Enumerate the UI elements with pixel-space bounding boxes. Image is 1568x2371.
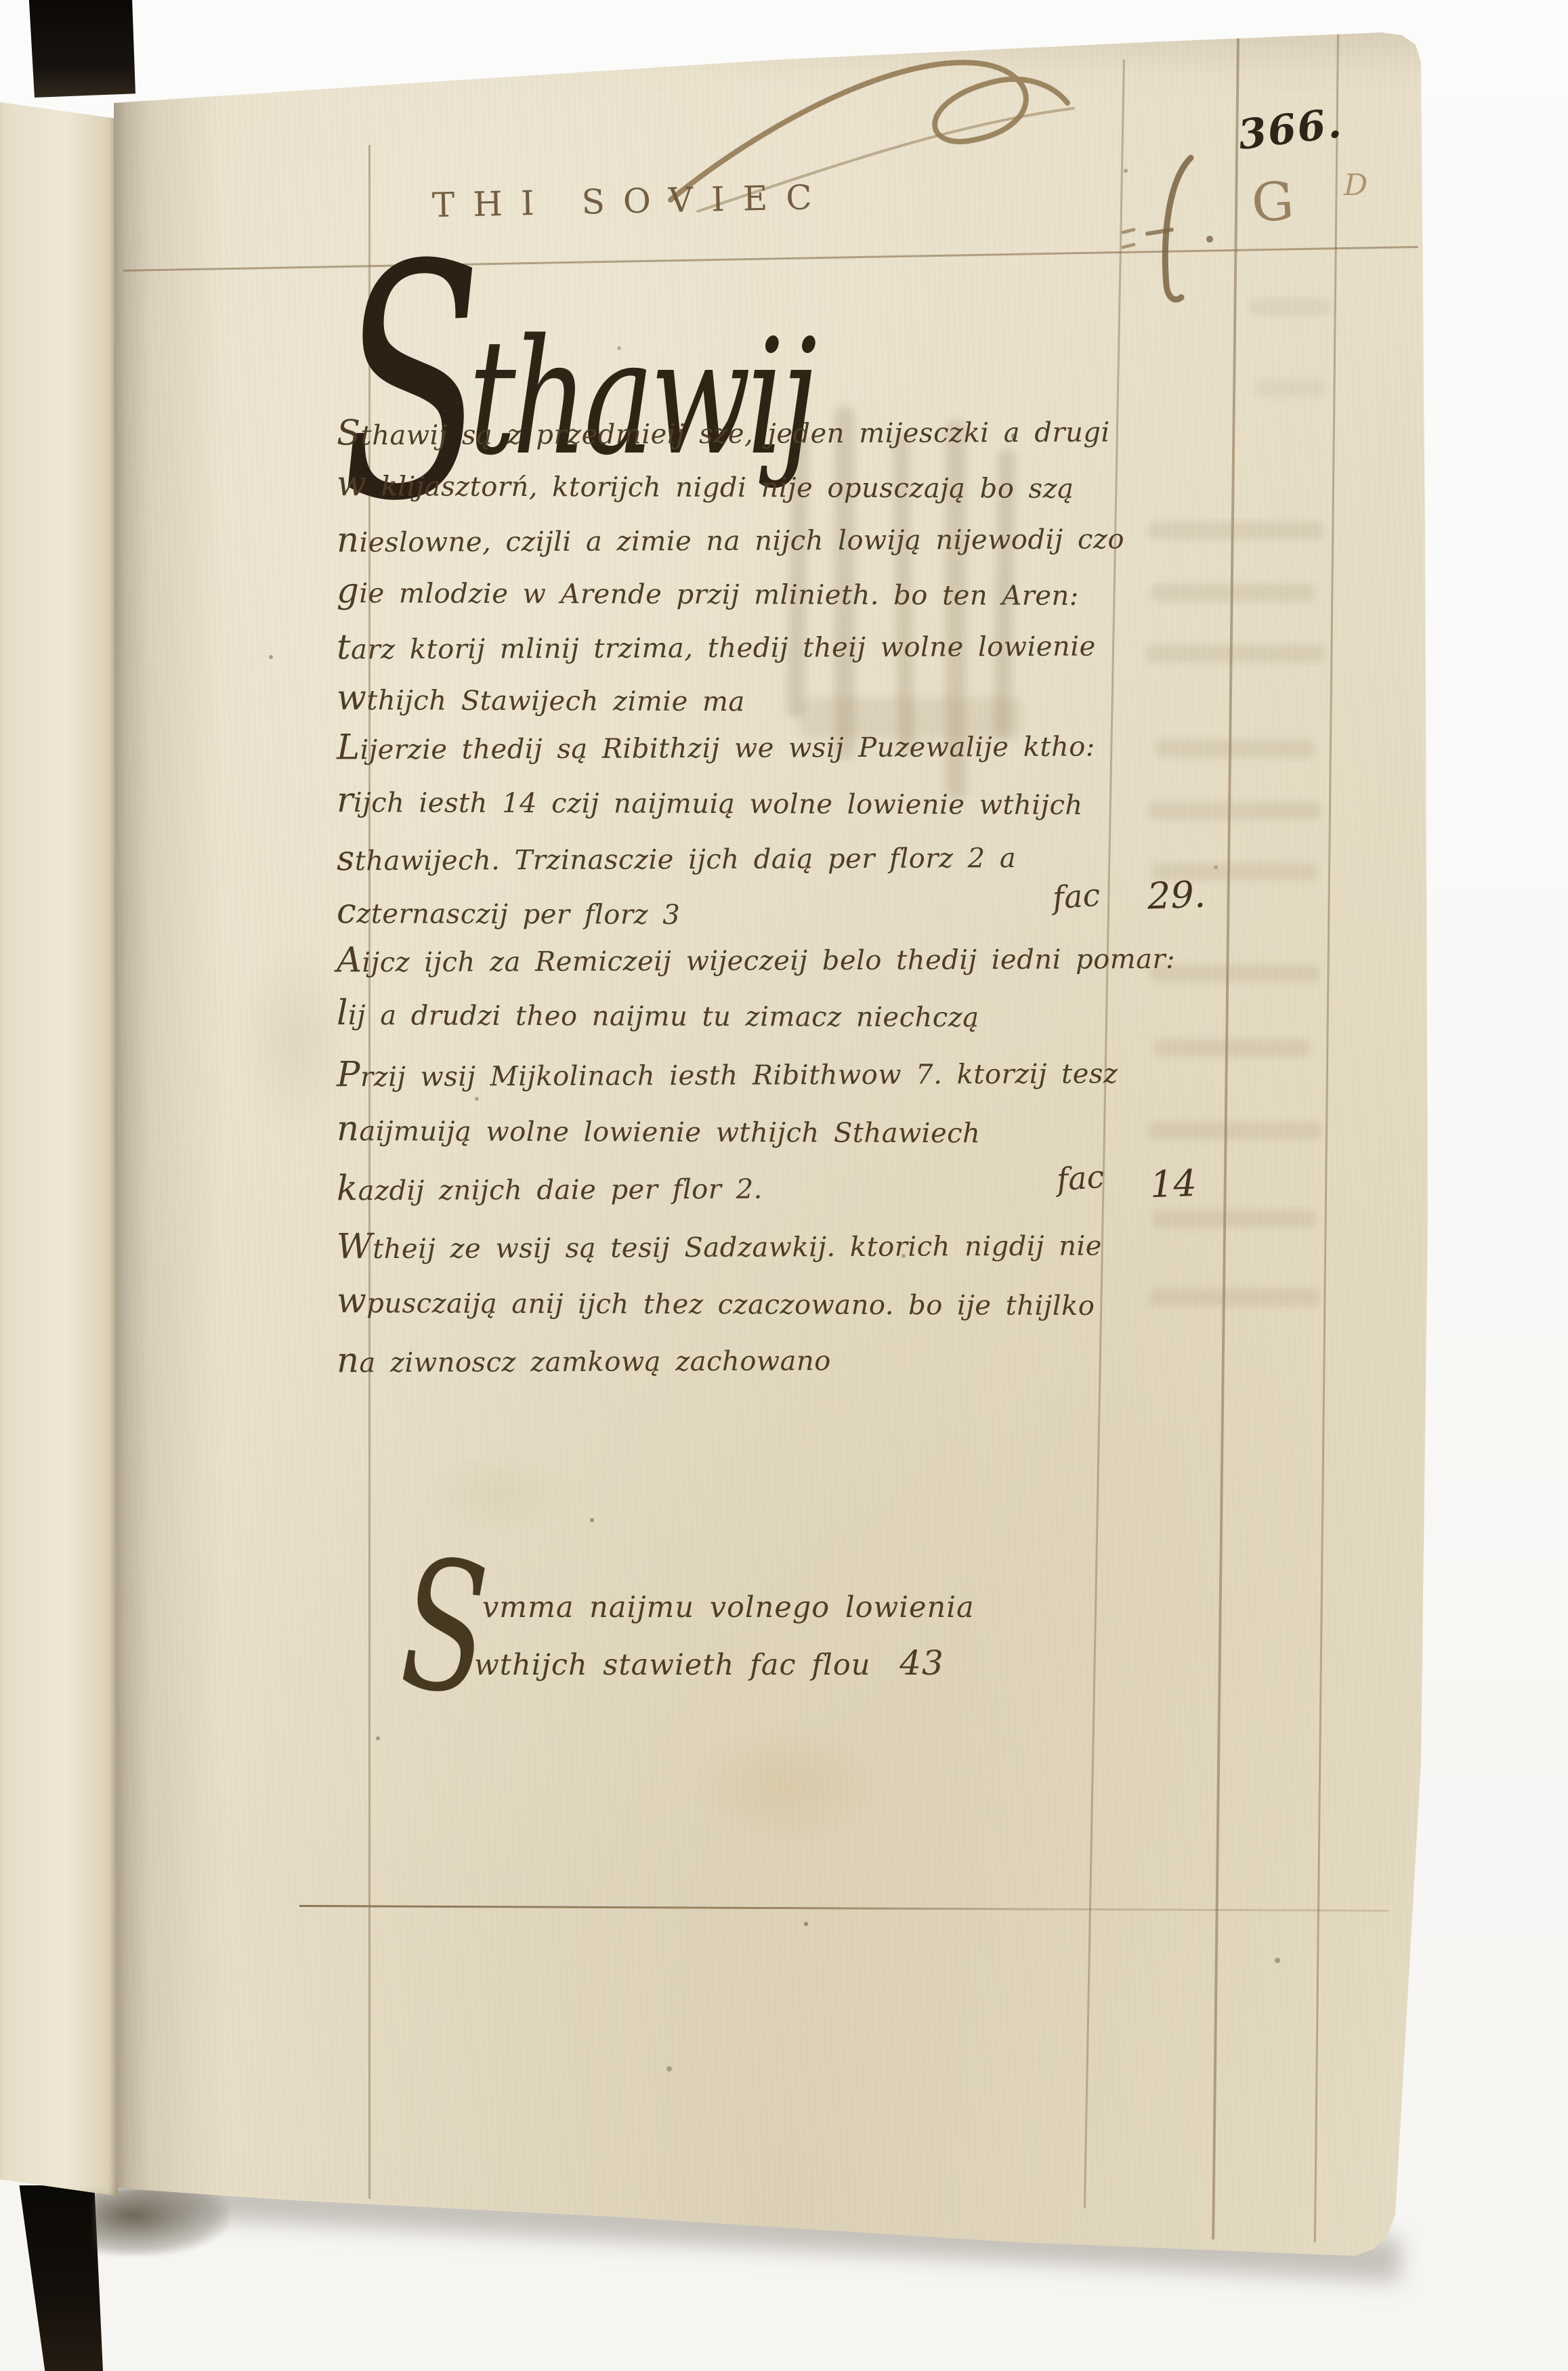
bleedthrough-text-line [1148, 522, 1324, 539]
bleedthrough-text-line [1254, 379, 1326, 397]
bleedthrough-text-line [1150, 965, 1319, 982]
page-header-title: THI SOVIEC [431, 177, 830, 225]
folio-number: 366. [1235, 100, 1345, 159]
paragraph-4: Przij wsij Mijkolinach iesth Ribithwow 7… [337, 1046, 1082, 1217]
manuscript-line: Lijerzie thedij są Ribithzij we wsij Puz… [337, 718, 1082, 777]
paragraph-1: Sthawij są z przedmieij sze, jeden mijes… [337, 406, 1082, 728]
summary-text: wthijch stawieth fac flou [474, 1648, 871, 1682]
gutter-shadow [108, 80, 224, 2214]
manuscript-line: lij a drudzi theo naijmu tu zimacz niech… [337, 986, 1082, 1045]
bleedthrough-text-line [1148, 802, 1321, 820]
corner-letter-g: G [1250, 171, 1296, 234]
summary-line-1: vmma naijmu volnego lowienia [482, 1591, 975, 1624]
manuscript-line: Sthawij są z przedmieij sze, jeden mijes… [337, 405, 1082, 462]
bleedthrough-text-line [1154, 1039, 1310, 1057]
bleedthrough-text-line [1149, 1122, 1321, 1139]
manuscript-page: THI SOVIEC 366. G D S thawij Sthawij są … [0, 0, 1568, 2371]
manuscript-scan: THI SOVIEC 366. G D S thawij Sthawij są … [0, 0, 1568, 2371]
margin-facit-label: fac [1051, 877, 1101, 917]
folio-f-mark [1104, 152, 1239, 308]
bleedthrough-text-line [1153, 1210, 1315, 1228]
bleedthrough-text-line [1155, 740, 1314, 757]
manuscript-line: nieslowne, czijli a zimie na nijch lowij… [337, 512, 1082, 569]
manuscript-line: na ziwnoscz zamkową zachowano [337, 1330, 1082, 1391]
bleedthrough-text-line [1150, 1288, 1319, 1306]
paragraph-3: Aijcz ijch za Remiczeij wijeczeij belo t… [337, 932, 1082, 1043]
binding-ribbon-top [26, 0, 135, 98]
paper-stain [684, 1721, 887, 1849]
bleedthrough-text-line [1151, 584, 1314, 602]
manuscript-line: gie mlodzie w Arende przij mlinieth. bo … [337, 566, 1082, 622]
summary-initial: S [398, 1535, 492, 1722]
manuscript-line: kazdij znijch daie per flor 2. [337, 1158, 1082, 1219]
manuscript-line: w klijasztorń, ktorijch nigdi nije opusc… [337, 459, 1082, 515]
manuscript-line: Przij wsij Mijkolinach iesth Ribithwow 7… [337, 1045, 1082, 1105]
bleedthrough-text-line [1146, 645, 1326, 663]
summary-line-2: wthijch stawieth fac flou 43 [474, 1643, 944, 1683]
summary-total: 43 [899, 1643, 944, 1683]
manuscript-line: Wtheij ze wsij są tesij Sadzawkij. ktori… [337, 1217, 1082, 1277]
paragraph-2: Lijerzie thedij są Ribithzij we wsij Puz… [337, 719, 1082, 942]
adjacent-page-edge [0, 85, 121, 2196]
ruled-line-bottom [299, 1905, 1389, 1912]
margin-sum-14: 14 [1149, 1162, 1198, 1206]
bleedthrough-text-line [1249, 298, 1330, 316]
margin-facit-label: fac [1055, 1158, 1105, 1198]
manuscript-line: tarz ktorij mlinij trzima, thedij theij … [337, 619, 1082, 676]
manuscript-line: naijmuiją wolne lowienie wthijch Sthawie… [337, 1101, 1082, 1161]
manuscript-line: wpusczaiją anij ijch thez czaczowano. bo… [337, 1274, 1082, 1333]
ruled-line-right-1 [1084, 60, 1125, 2208]
manuscript-line: sthawijech. Trzinasczie ijch daią per fl… [337, 829, 1082, 888]
manuscript-line: Aijcz ijch za Remiczeij wijeczeij belo t… [337, 931, 1082, 990]
manuscript-line: rijch iesth 14 czij naijmuią wolne lowie… [337, 774, 1082, 832]
paragraph-5: Wtheij ze wsij są tesij Sadzawkij. ktori… [337, 1218, 1082, 1389]
margin-sum-29: 29. [1147, 873, 1206, 918]
corner-mark-d: D [1344, 168, 1368, 203]
